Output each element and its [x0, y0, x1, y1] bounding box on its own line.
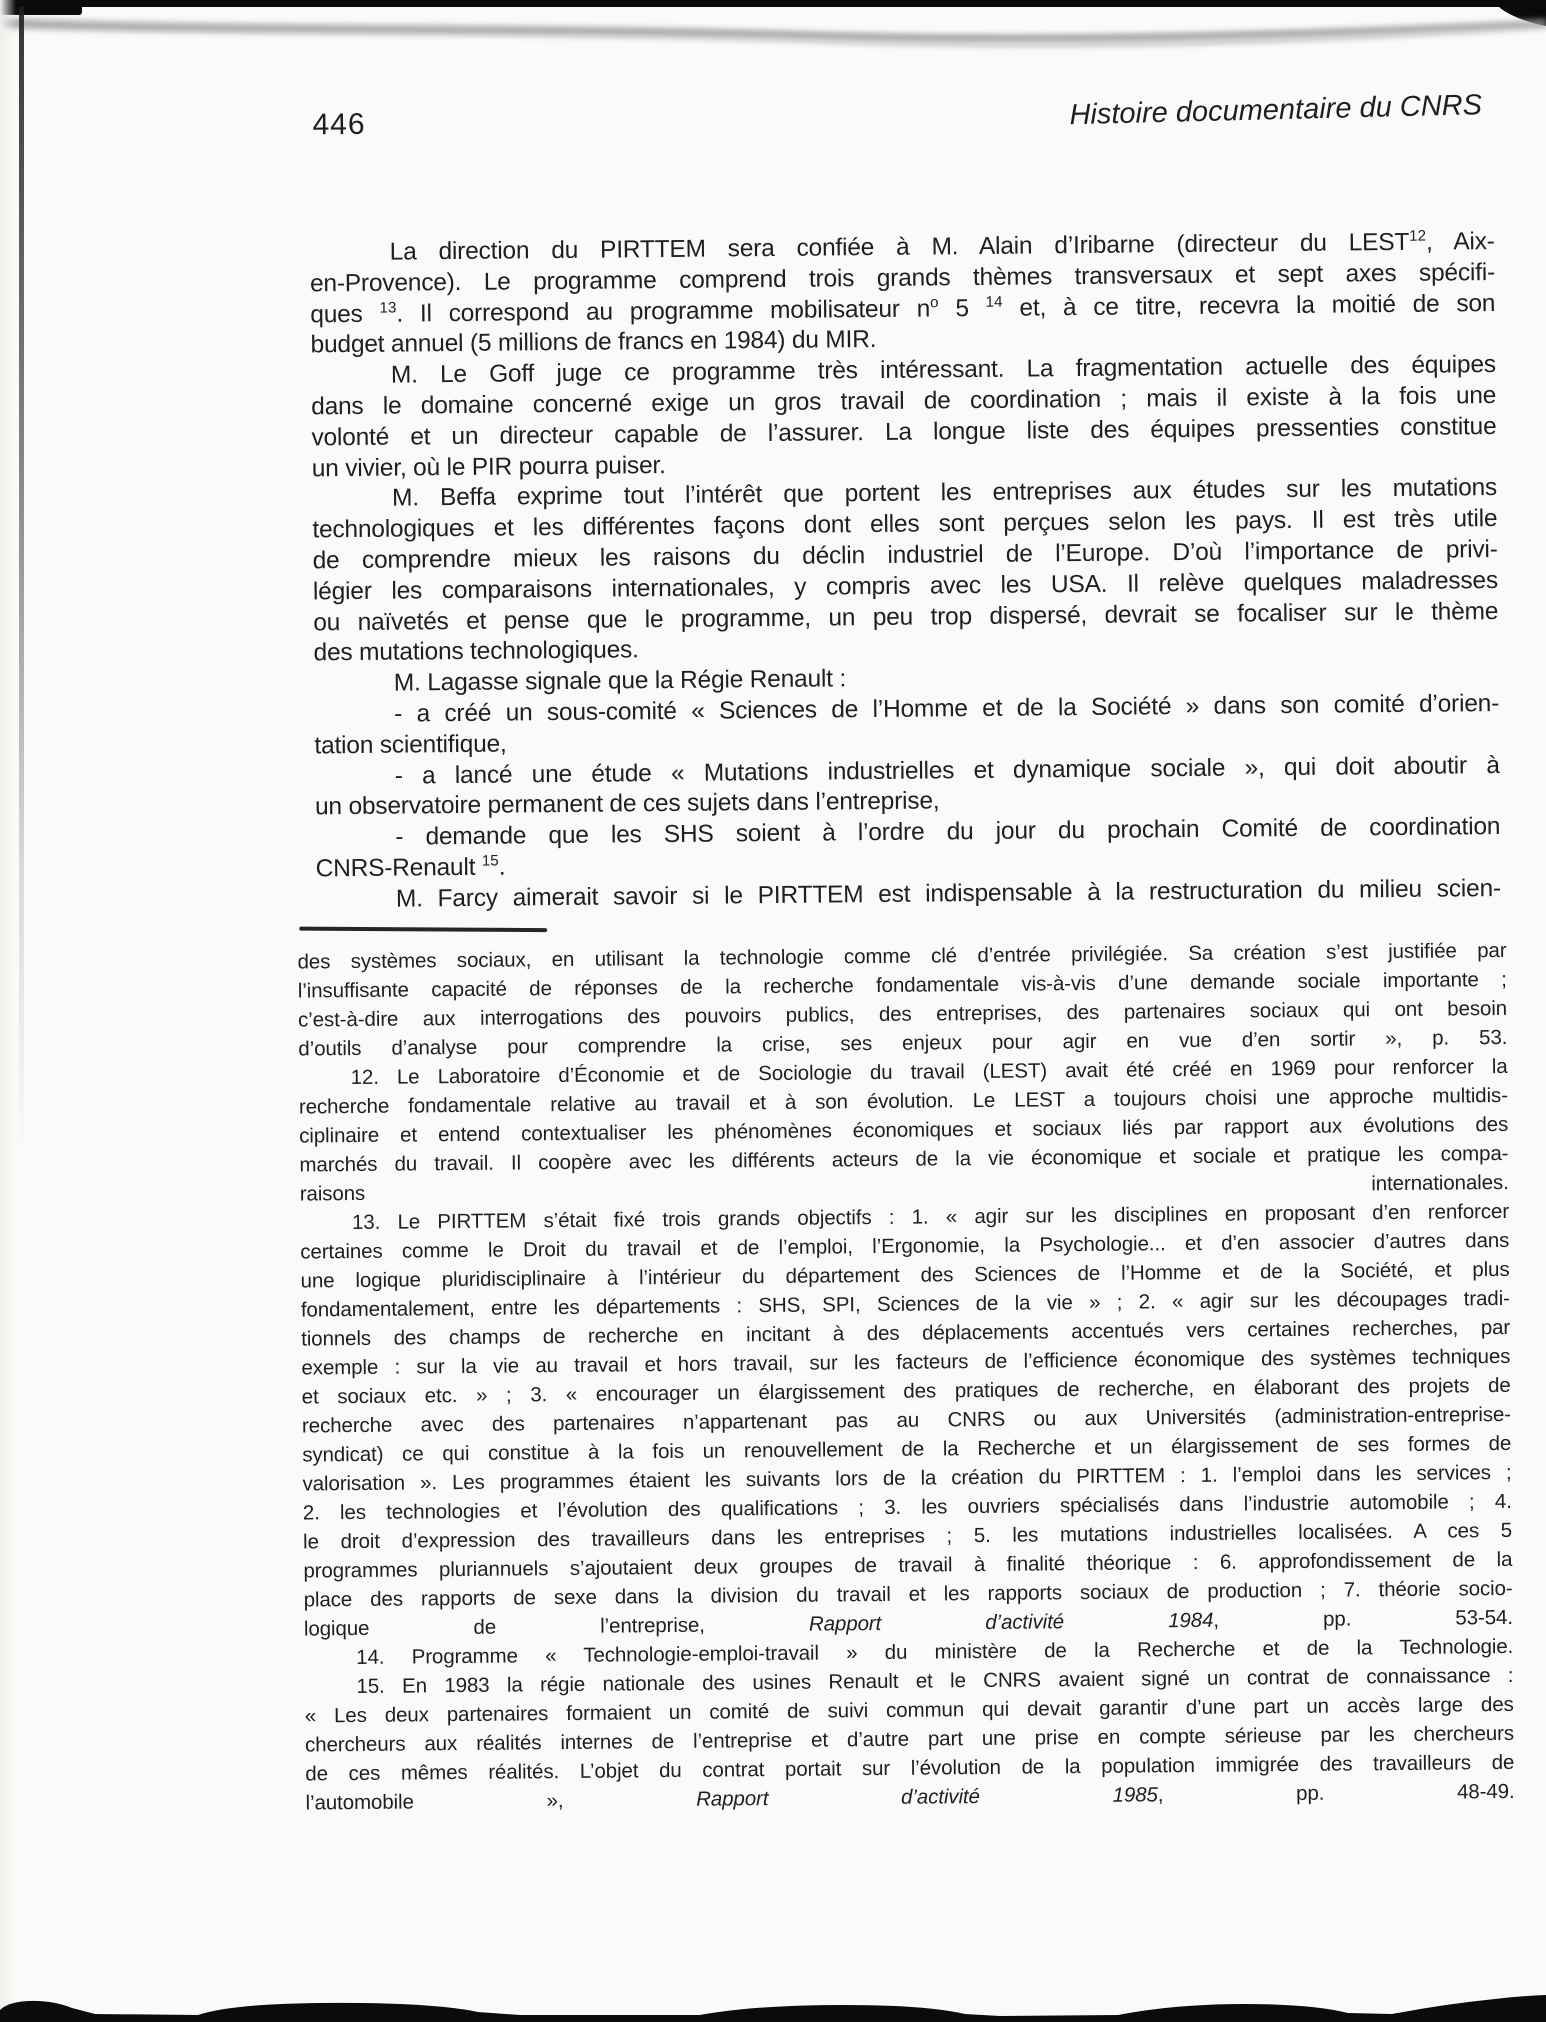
page-number: 446	[312, 108, 365, 143]
page-header: 446 Histoire documentaire du CNRS	[312, 89, 1486, 148]
footnotes: des systèmes sociaux, en utilisant la te…	[297, 936, 1514, 1818]
running-title: Histoire documentaire du CNRS	[1069, 89, 1482, 132]
scanned-book-page: 446 Histoire documentaire du CNRS La dir…	[0, 0, 1546, 2022]
footnote-separator	[299, 927, 547, 933]
page-content: 446 Histoire documentaire du CNRS La dir…	[0, 0, 1546, 2022]
body-text: La direction du PIRTTEM sera confiée à M…	[310, 227, 1501, 916]
